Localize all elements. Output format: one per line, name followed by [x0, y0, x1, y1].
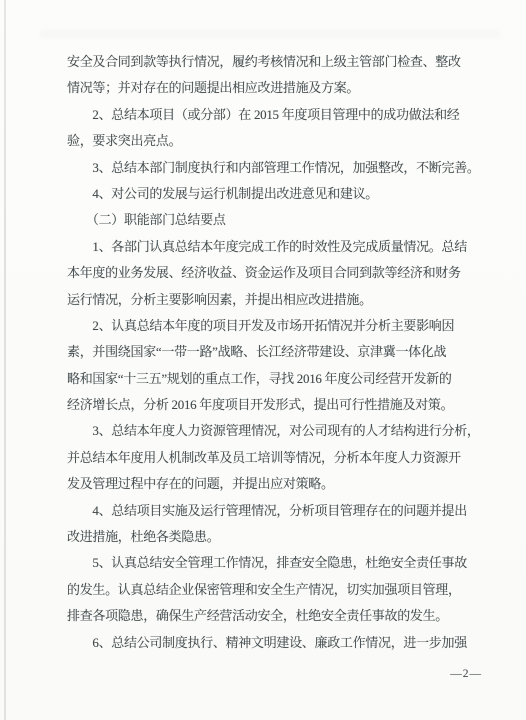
text-line: 3、总结本年度人力资源管理情况，对公司现有的人才结构进行分析，: [67, 418, 467, 444]
text-line: 2、总结本项目（或分部）在 2015 年度项目管理中的成功做法和经: [67, 102, 467, 128]
text-line: 素，并围绕国家“一带一路”战略、长江经济带建设、京津冀一体化战: [67, 339, 467, 365]
text-line: 5、认真总结安全管理工作情况，排查安全隐患，杜绝安全责任事故: [67, 550, 467, 576]
text-line: 的发生。认真总结企业保密管理和安全生产情况，切实加强项目管理，: [67, 577, 467, 603]
text-line: 经济增长点，分析 2016 年度项目开发形式，提出可行性措施及对策。: [67, 392, 467, 418]
text-line: 发及管理过程中存在的问题，并提出应对策略。: [67, 471, 467, 497]
text-line: 情况等；并对存在的问题提出相应改进措施及方案。: [67, 75, 467, 101]
text-line: 安全及合同到款等执行情况，履约考核情况和上级主管部门检查、整改: [67, 49, 467, 75]
page-number: —2—: [450, 668, 482, 680]
text-line: 1、各部门认真总结本年度完成工作的时效性及完成质量情况。总结: [67, 234, 467, 260]
scanned-document-page: 安全及合同到款等执行情况，履约考核情况和上级主管部门检查、整改 情况等；并对存在…: [0, 0, 526, 720]
document-body: 安全及合同到款等执行情况，履约考核情况和上级主管部门检查、整改 情况等；并对存在…: [67, 49, 467, 656]
scan-edge-artifact: [4, 0, 6, 720]
text-line: 3、总结本部门制度执行和内部管理工作情况，加强整改，不断完善。: [67, 155, 467, 181]
text-line: 改进措施，杜绝各类隐患。: [67, 524, 467, 550]
text-line: 运行情况，分析主要影响因素，并提出相应改进措施。: [67, 287, 467, 313]
scan-smudge-artifact: [40, 30, 500, 38]
text-line: 验，要求突出亮点。: [67, 128, 467, 154]
text-line: 4、对公司的发展与运行机制提出改进意见和建议。: [67, 181, 467, 207]
text-line: 4、总结项目实施及运行管理情况，分析项目管理存在的问题并提出: [67, 498, 467, 524]
text-line: 排查各项隐患，确保生产经营活动安全，杜绝安全责任事故的发生。: [67, 603, 467, 629]
section-heading: （二）职能部门总结要点: [67, 207, 467, 233]
text-line: 本年度的业务发展、经济收益、资金运作及项目合同到款等经济和财务: [67, 260, 467, 286]
text-line: 2、认真总结本年度的项目开发及市场开拓情况并分析主要影响因: [67, 313, 467, 339]
text-line: 6、总结公司制度执行、精神文明建设、廉政工作情况，进一步加强: [67, 630, 467, 656]
text-line: 并总结本年度用人机制改革及员工培训等情况，分析本年度人力资源开: [67, 445, 467, 471]
text-line: 略和国家“十三五”规划的重点工作，寻找 2016 年度公司经营开发新的: [67, 366, 467, 392]
